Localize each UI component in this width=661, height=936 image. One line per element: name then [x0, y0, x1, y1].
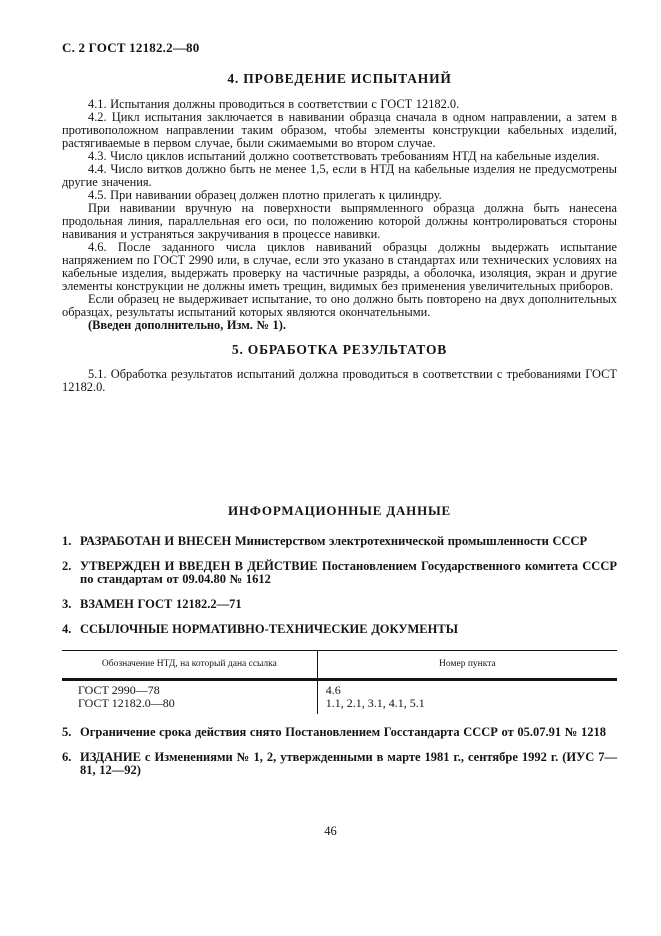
table-header-row: Обозначение НТД, на который дана ссылка …: [62, 651, 617, 680]
paragraph-4-6-note: Если образец не выдерживает испытание, т…: [62, 293, 617, 319]
section5-title: 5. ОБРАБОТКА РЕЗУЛЬТАТОВ: [62, 343, 617, 357]
section4-title: 4. ПРОВЕДЕНИЕ ИСПЫТАНИЙ: [62, 72, 617, 86]
table-cell-clause: 4.6: [317, 680, 617, 698]
info-item-1: 1. РАЗРАБОТАН И ВНЕСЕН Министерством эле…: [62, 535, 617, 548]
info-item-number: 1.: [62, 535, 80, 548]
info-item-text: РАЗРАБОТАН И ВНЕСЕН Министерством электр…: [80, 535, 617, 548]
table-cell-ntd: ГОСТ 12182.0—80: [62, 697, 317, 714]
info-item-number: 4.: [62, 623, 80, 636]
table-cell-ntd: ГОСТ 2990—78: [62, 680, 317, 698]
info-item-5: 5. Ограничение срока действия снято Пост…: [62, 726, 617, 739]
info-item-3: 3. ВЗАМЕН ГОСТ 12182.2—71: [62, 598, 617, 611]
table-header-ntd: Обозначение НТД, на который дана ссылка: [62, 651, 317, 680]
section4-body: 4.1. Испытания должны проводиться в соот…: [62, 98, 617, 332]
paragraph-4-6: 4.6. После заданного числа циклов навива…: [62, 241, 617, 293]
paragraph-4-2: 4.2. Цикл испытания заключается в навива…: [62, 111, 617, 150]
info-item-text: Ограничение срока действия снято Постано…: [80, 726, 617, 739]
table-row: ГОСТ 2990—78 4.6: [62, 680, 617, 698]
info-item-number: 6.: [62, 751, 80, 777]
document-page: С. 2 ГОСТ 12182.2—80 4. ПРОВЕДЕНИЕ ИСПЫТ…: [0, 0, 661, 936]
info-item-text: ВЗАМЕН ГОСТ 12182.2—71: [80, 598, 617, 611]
info-item-4: 4. ССЫЛОЧНЫЕ НОРМАТИВНО-ТЕХНИЧЕСКИЕ ДОКУ…: [62, 623, 617, 636]
info-item-number: 5.: [62, 726, 80, 739]
table-cell-clause: 1.1, 2.1, 3.1, 4.1, 5.1: [317, 697, 617, 714]
table-row: ГОСТ 12182.0—80 1.1, 2.1, 3.1, 4.1, 5.1: [62, 697, 617, 714]
info-item-number: 2.: [62, 560, 80, 586]
table-header-clause: Номер пункта: [317, 651, 617, 680]
info-item-number: 3.: [62, 598, 80, 611]
info-item-text: ССЫЛОЧНЫЕ НОРМАТИВНО-ТЕХНИЧЕСКИЕ ДОКУМЕН…: [80, 623, 617, 636]
page-header: С. 2 ГОСТ 12182.2—80: [62, 40, 617, 56]
info-item-text: УТВЕРЖДЕН И ВВЕДЕН В ДЕЙСТВИЕ Постановле…: [80, 560, 617, 586]
info-item-text: ИЗДАНИЕ с Изменениями № 1, 2, утвержденн…: [80, 751, 617, 777]
info-item-6: 6. ИЗДАНИЕ с Изменениями № 1, 2, утвержд…: [62, 751, 617, 777]
section5-body: 5.1. Обработка результатов испытаний дол…: [62, 368, 617, 394]
info-data-title: ИНФОРМАЦИОННЫЕ ДАННЫЕ: [62, 504, 617, 518]
reference-documents-table: Обозначение НТД, на который дана ссылка …: [62, 650, 617, 714]
paragraph-5-1: 5.1. Обработка результатов испытаний дол…: [62, 368, 617, 394]
info-item-2: 2. УТВЕРЖДЕН И ВВЕДЕН В ДЕЙСТВИЕ Постано…: [62, 560, 617, 586]
amendment-note: (Введен дополнительно, Изм. № 1).: [62, 319, 617, 332]
page-number: 46: [0, 824, 661, 839]
paragraph-4-5-note: При навивании вручную на поверхности вып…: [62, 202, 617, 241]
paragraph-4-4: 4.4. Число витков должно быть не менее 1…: [62, 163, 617, 189]
